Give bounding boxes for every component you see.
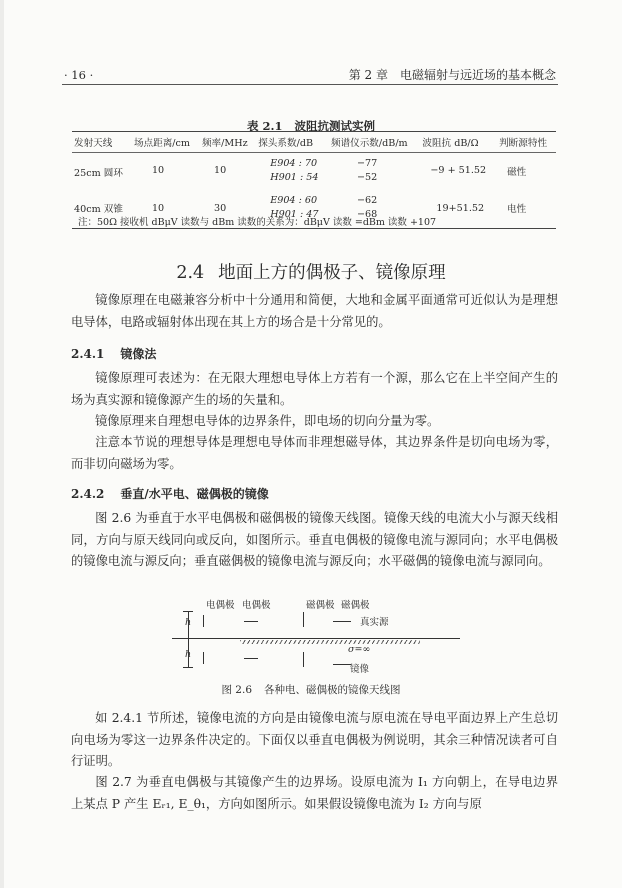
col-header: 场点距离/cm bbox=[132, 132, 200, 153]
ground-hatching bbox=[240, 640, 420, 644]
figure-image-antennas: 电偶极 电偶极 磁偶极 磁偶极 真实源 镜像 σ=∞ h h bbox=[170, 597, 470, 677]
ground-plane-line bbox=[172, 638, 460, 639]
chapter-title: 电磁辐射与远近场的基本概念 bbox=[400, 68, 556, 82]
chapter-label: 第 2 章 bbox=[349, 68, 388, 82]
label-electric-dipole-vertical: 电偶极 bbox=[206, 597, 235, 611]
cell-frequency: 10 bbox=[200, 153, 256, 189]
label-image: 镜像 bbox=[350, 661, 369, 675]
cell-probe: E904 : 70H901 : 54 bbox=[256, 153, 329, 189]
horizontal-electric-dipole-icon bbox=[244, 621, 258, 622]
dimension-tick-bottom bbox=[183, 667, 193, 668]
paragraph: 镜像原理可表述为：在无限大理想电导体上方若有一个源，那么它在上半空间产生的场为真… bbox=[71, 368, 558, 411]
paragraph: 镜像原理来自理想电导体的边界条件，即电场的切向分量为零。 bbox=[71, 411, 558, 433]
paragraph: 注意本节说的理想导体是理想电导体而非理想磁导体，其边界条件是切向电场为零，而非切… bbox=[71, 432, 558, 475]
col-header: 频谱仪示数/dB/m bbox=[329, 132, 420, 153]
table-row: 25cm 圆环 10 10 E904 : 70H901 : 54 −77−52 … bbox=[72, 153, 556, 189]
section-number: 2.4 bbox=[176, 263, 204, 283]
table-header-row: 发射天线 场点距离/cm 频率/MHz 探头系数/dB 频谱仪示数/dB/m 波… bbox=[72, 132, 556, 153]
col-header: 判断源特性 bbox=[497, 132, 556, 153]
label-magnetic-dipole-vertical: 磁偶极 bbox=[306, 597, 335, 611]
figure-caption-title: 各种电、磁偶极的镜像天线图 bbox=[264, 684, 401, 696]
col-header: 频率/MHz bbox=[200, 132, 256, 153]
paragraph: 镜像原理在电磁兼容分析中十分通用和简便，大地和金属平面通常可近似认为是理想电导体… bbox=[71, 290, 558, 333]
cell-antenna: 25cm 圆环 bbox=[72, 153, 132, 189]
figure-caption: 图 2.6各种电、磁偶极的镜像天线图 bbox=[0, 682, 622, 697]
paragraph: 图 2.7 为垂直电偶极与其镜像产生的边界场。设原电流为 I₁ 方向朝上，在导电… bbox=[71, 772, 558, 815]
paragraph: 如 2.4.1 节所述，镜像电流的方向是由镜像电流与原电流在导电平面边界上产生总… bbox=[71, 708, 558, 773]
cell-source-type: 磁性 bbox=[497, 153, 556, 189]
label-magnetic-dipole-horizontal: 磁偶极 bbox=[341, 597, 370, 611]
page-number: · 16 · bbox=[64, 68, 93, 82]
dimension-tick-top bbox=[183, 611, 193, 612]
horizontal-electric-dipole-image-icon bbox=[244, 658, 258, 659]
vertical-magnetic-dipole-image-icon bbox=[303, 652, 304, 667]
vertical-electric-dipole-icon bbox=[203, 615, 204, 627]
subsection-heading: 2.4.2垂直/水平电、磁偶极的镜像 bbox=[71, 485, 269, 502]
cell-reading: −77−52 bbox=[329, 153, 420, 189]
label-real-source: 真实源 bbox=[360, 614, 389, 628]
table-note: 注：50Ω 接收机 dBμV 读数与 dBm 读数的关系为：dBμV 读数 =d… bbox=[78, 214, 436, 228]
cell-impedance: −9 + 51.52 bbox=[420, 153, 497, 189]
label-electric-dipole-horizontal: 电偶极 bbox=[242, 597, 271, 611]
col-header: 波阻抗 dB/Ω bbox=[420, 132, 497, 153]
paragraph: 图 2.6 为垂直于水平电偶极和磁偶极的镜像天线图。镜像天线的电流大小与源天线相… bbox=[71, 508, 558, 573]
section-title: 地面上方的偶极子、镜像原理 bbox=[218, 263, 446, 283]
label-conductivity: σ=∞ bbox=[348, 644, 370, 655]
col-header: 发射天线 bbox=[72, 132, 132, 153]
running-header: · 16 · 第 2 章电磁辐射与远近场的基本概念 bbox=[62, 66, 558, 85]
cell-distance: 10 bbox=[132, 153, 200, 189]
vertical-electric-dipole-image-icon bbox=[203, 652, 204, 664]
vertical-magnetic-dipole-icon bbox=[303, 612, 304, 627]
figure-caption-number: 图 2.6 bbox=[221, 684, 252, 696]
horizontal-magnetic-dipole-icon bbox=[333, 621, 351, 622]
subsection-heading: 2.4.1镜像法 bbox=[71, 345, 156, 362]
horizontal-magnetic-dipole-image-icon bbox=[333, 664, 351, 665]
col-header: 探头系数/dB bbox=[256, 132, 329, 153]
cell-source-type: 电性 bbox=[497, 189, 556, 229]
chapter-heading: 第 2 章电磁辐射与远近场的基本概念 bbox=[337, 66, 556, 83]
section-heading: 2.4地面上方的偶极子、镜像原理 bbox=[0, 259, 622, 284]
